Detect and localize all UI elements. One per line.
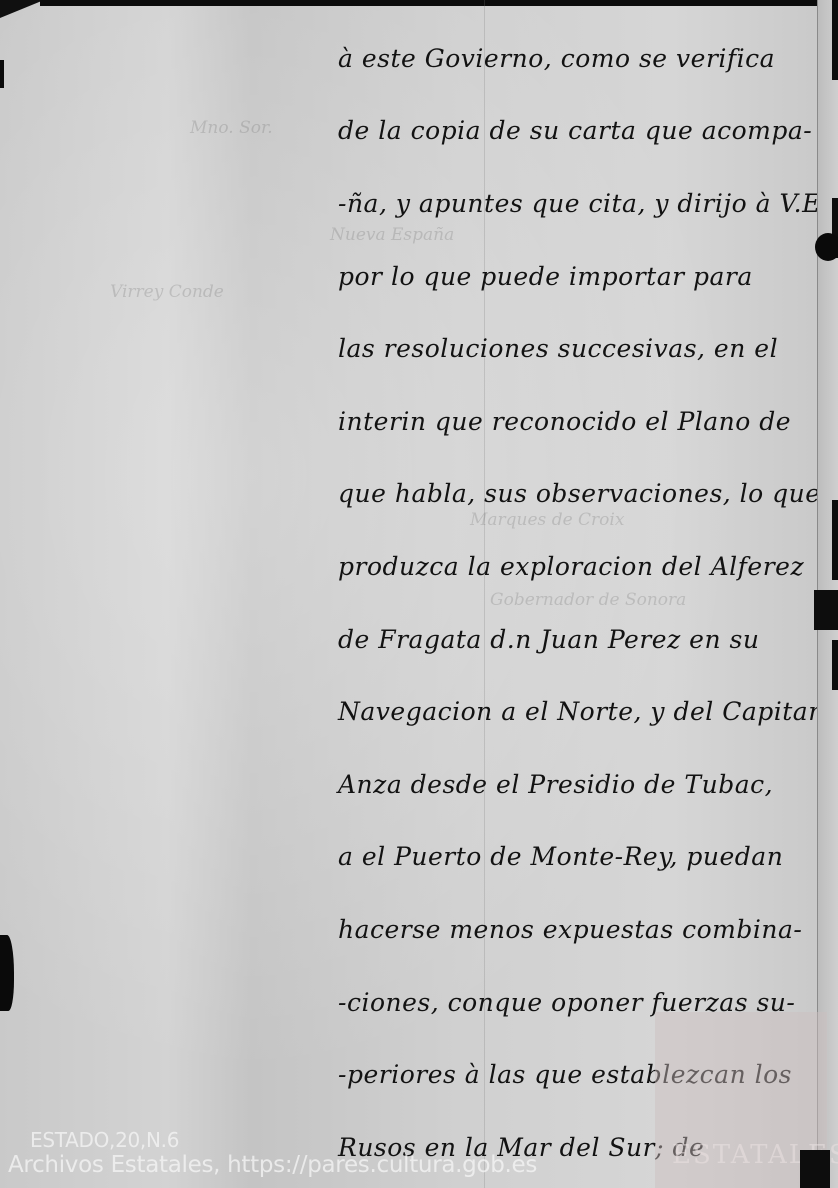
manuscript-line: a el Puerto de Monte-Rey, puedan — [338, 821, 818, 894]
bleed-through-text: Mno. Sor. — [190, 118, 273, 138]
ink-blot — [815, 233, 838, 261]
manuscript-line: produzca la exploracion del Alferez — [338, 530, 818, 603]
manuscript-line: de Fragata d.n Juan Perez en su — [338, 603, 818, 676]
manuscript-line: hacerse menos expuestas combina- — [338, 893, 818, 966]
manuscript-line: que habla, sus observaciones, lo que — [338, 458, 818, 531]
scan-top-edge — [40, 0, 838, 6]
manuscript-line: à este Govierno, como se verifica — [338, 22, 818, 95]
manuscript-line: interin que reconocido el Plano de — [338, 385, 818, 458]
scan-edge-mark — [800, 1150, 830, 1188]
page-edge-mark — [0, 60, 4, 88]
scan-edge-mark — [832, 0, 838, 80]
scan-corner — [0, 0, 44, 18]
manuscript-line: -ña, y apuntes que cita, y dirijo à V.E. — [338, 167, 818, 240]
scan-edge-mark — [832, 500, 838, 580]
manuscript-line: por lo que puede importar para — [338, 240, 818, 313]
page-tear — [0, 935, 14, 1011]
manuscript-line: Anza desde el Presidio de Tubac, — [338, 748, 818, 821]
bleed-through-text: Virrey Conde — [110, 282, 224, 302]
manuscript-line: de la copia de su carta que acompa- — [338, 95, 818, 168]
manuscript-line: Navegacion a el Norte, y del Capitan — [338, 675, 818, 748]
scan-edge-mark — [814, 590, 838, 630]
archive-source-watermark: Archivos Estatales, https://pares.cultur… — [8, 1152, 537, 1178]
archive-reference: ESTADO,20,N.6 — [30, 1128, 179, 1152]
manuscript-page: Mno. Sor. Nueva España Virrey Conde Marq… — [0, 0, 838, 1188]
scan-edge-mark — [832, 640, 838, 690]
manuscript-text: à este Govierno, como se verifica de la … — [338, 22, 818, 1184]
manuscript-line: las resoluciones succesivas, en el — [338, 312, 818, 385]
